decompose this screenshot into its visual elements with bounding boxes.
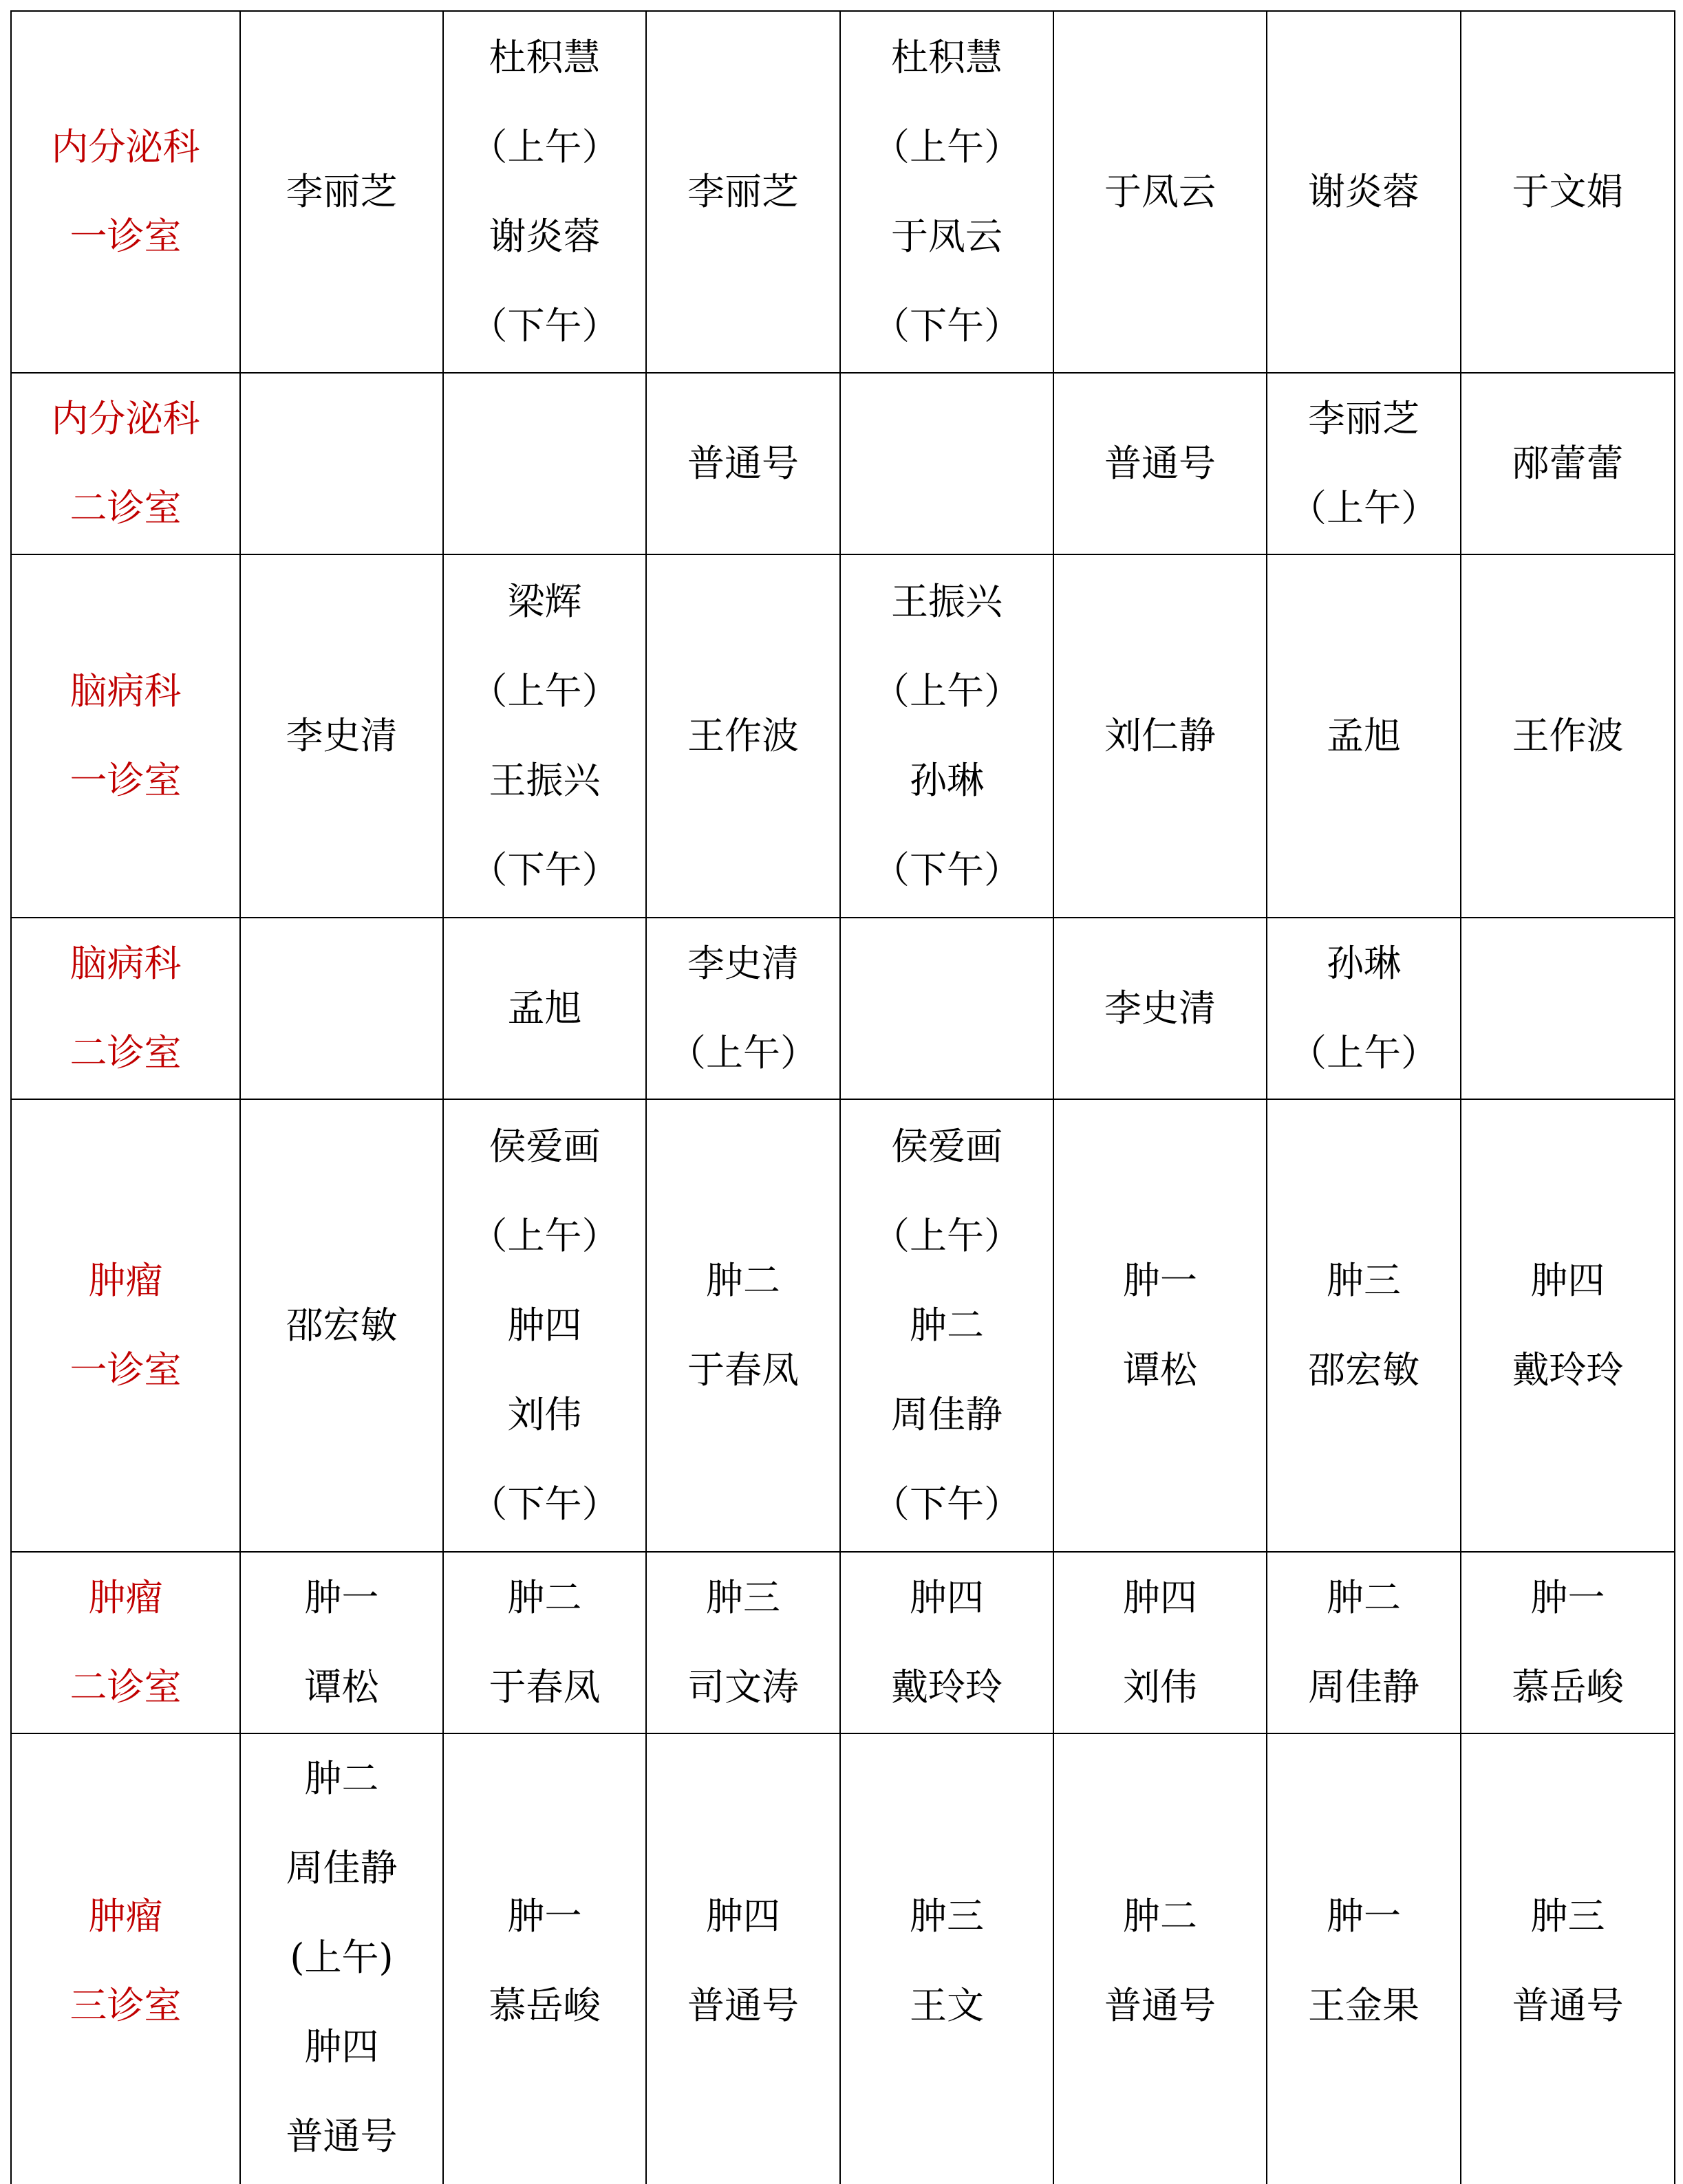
doctor-cell: 邴蕾蕾 [1461,373,1675,554]
department-cell: 肿瘤三诊室 [11,1733,240,2184]
doctor-entry-line: 普通号 [647,419,839,508]
doctor-cell: 肿四刘伟 [1053,1552,1267,1733]
doctor-cell: 肿二于春凤 [443,1552,646,1733]
doctor-entry-line: 李史清 [241,691,442,781]
doctor-entry-line: 王作波 [647,691,839,781]
doctor-cell: 肿四普通号 [646,1733,840,2184]
doctor-cell: 肿一谭松 [240,1552,443,1733]
department-label-line: 脑病科 [12,647,239,736]
doctor-cell: 肿四戴玲玲 [1461,1099,1675,1552]
doctor-entry-line: 肿一 [1054,1236,1266,1326]
doctor-cell: 肿二于春凤 [646,1099,840,1552]
doctor-entry-line: 肿一 [1461,1553,1674,1643]
doctor-cell [443,373,646,554]
doctor-entry-line: 侯爱画 [841,1102,1053,1191]
doctor-cell: 肿一慕岳峻 [1461,1552,1675,1733]
clinic-schedule-table: 内分泌科一诊室李丽芝杜积慧（上午）谢炎蓉（下午）李丽芝杜积慧（上午）于凤云（下午… [10,10,1675,2184]
doctor-entry-line: 周佳静 [841,1370,1053,1460]
doctor-entry-line: 肿二 [1267,1553,1460,1643]
doctor-cell: 李丽芝 [240,11,443,373]
department-label-line: 三诊室 [12,1961,239,2051]
doctor-entry-line: 王文 [841,1961,1053,2051]
department-cell: 脑病科一诊室 [11,554,240,918]
doctor-entry-line: 王金果 [1267,1961,1460,2051]
doctor-cell: 于文娟 [1461,11,1675,373]
doctor-entry-line: 肿四 [1054,1553,1266,1643]
department-cell: 肿瘤二诊室 [11,1552,240,1733]
schedule-row: 内分泌科二诊室普通号普通号李丽芝（上午）邴蕾蕾 [11,373,1675,554]
doctor-entry-line: 王振兴 [444,736,645,825]
doctor-entry-line: 普通号 [647,1961,839,2051]
doctor-entry-line: （下午） [444,825,645,915]
department-cell: 内分泌科二诊室 [11,373,240,554]
doctor-entry-line: （上午） [444,647,645,736]
doctor-cell: 肿一慕岳峻 [443,1733,646,2184]
doctor-entry-line: 普通号 [241,2092,442,2181]
doctor-cell: 孙琳（上午） [1267,918,1461,1099]
doctor-entry-line: 肿二 [241,1734,442,1824]
doctor-entry-line: 肿三 [647,1553,839,1643]
doctor-cell [840,918,1053,1099]
doctor-cell: 李史清（上午） [646,918,840,1099]
doctor-entry-line: （下午） [444,281,645,371]
doctor-entry-line: 邵宏敏 [241,1281,442,1370]
doctor-entry-line: 李丽芝 [241,147,442,237]
doctor-entry-line: 肿二 [444,1553,645,1643]
doctor-entry-line: 肿四 [1461,1236,1674,1326]
doctor-entry-line: 孟旭 [1267,691,1460,781]
doctor-entry-line: 邴蕾蕾 [1461,419,1674,508]
doctor-entry-line: （下午） [841,281,1053,371]
doctor-cell [240,918,443,1099]
doctor-entry-line: 孙琳 [1267,919,1460,1008]
doctor-entry-line: 司文涛 [647,1643,839,1732]
doctor-entry-line: 杜积慧 [444,13,645,102]
doctor-cell: 王作波 [646,554,840,918]
doctor-cell: 肿二周佳静(上午)肿四普通号 [240,1733,443,2184]
department-label-line: 内分泌科 [12,102,239,192]
doctor-entry-line: 戴玲玲 [1461,1326,1674,1415]
doctor-entry-line: 李丽芝 [1267,374,1460,464]
doctor-cell: 孟旭 [1267,554,1461,918]
doctor-entry-line: 王作波 [1461,691,1674,781]
department-label-line: 二诊室 [12,1008,239,1098]
doctor-cell: 肿三邵宏敏 [1267,1099,1461,1552]
doctor-entry-line: 孙琳 [841,736,1053,825]
doctor-entry-line: （上午） [1267,464,1460,553]
doctor-entry-line: 普通号 [1054,419,1266,508]
department-label-line: 脑病科 [12,919,239,1008]
doctor-entry-line: 肿四 [841,1553,1053,1643]
department-label-line: 一诊室 [12,1326,239,1415]
doctor-cell: 刘仁静 [1053,554,1267,918]
doctor-entry-line: （上午） [841,1191,1053,1281]
doctor-entry-line: 王振兴 [841,557,1053,647]
doctor-entry-line: 肿四 [444,1281,645,1370]
doctor-cell: 肿三司文涛 [646,1552,840,1733]
doctor-entry-line: (上午) [241,1913,442,2002]
doctor-cell: 谢炎蓉 [1267,11,1461,373]
doctor-entry-line: 肿一 [241,1553,442,1643]
schedule-row: 脑病科二诊室孟旭李史清（上午）李史清孙琳（上午） [11,918,1675,1099]
doctor-entry-line: 梁辉 [444,557,645,647]
doctor-cell: 于凤云 [1053,11,1267,373]
doctor-entry-line: 肿四 [241,2002,442,2092]
doctor-entry-line: 慕岳峻 [444,1961,645,2051]
doctor-cell: 梁辉（上午）王振兴（下午） [443,554,646,918]
doctor-entry-line: 刘伟 [444,1370,645,1460]
department-label-line: 内分泌科 [12,374,239,464]
doctor-entry-line: 李史清 [647,919,839,1008]
department-label-line: 肿瘤 [12,1872,239,1961]
doctor-entry-line: 刘仁静 [1054,691,1266,781]
doctor-entry-line: 普通号 [1054,1961,1266,2051]
doctor-entry-line: 于凤云 [1054,147,1266,237]
doctor-cell [840,373,1053,554]
doctor-cell: 肿三普通号 [1461,1733,1675,2184]
schedule-row: 脑病科一诊室李史清梁辉（上午）王振兴（下午）王作波王振兴（上午）孙琳（下午）刘仁… [11,554,1675,918]
schedule-row: 肿瘤二诊室肿一谭松肿二于春凤肿三司文涛肿四戴玲玲肿四刘伟肿二周佳静肿一慕岳峻 [11,1552,1675,1733]
department-cell: 肿瘤一诊室 [11,1099,240,1552]
doctor-entry-line: 侯爱画 [444,1102,645,1191]
doctor-entry-line: 肿三 [1461,1872,1674,1961]
doctor-cell: 肿一谭松 [1053,1099,1267,1552]
doctor-entry-line: 周佳静 [1267,1643,1460,1732]
department-label-line: 二诊室 [12,1643,239,1732]
department-label-line: 二诊室 [12,464,239,553]
doctor-entry-line: 于凤云 [841,192,1053,281]
doctor-entry-line: 孟旭 [444,964,645,1053]
doctor-cell [240,373,443,554]
doctor-entry-line: （上午） [444,102,645,192]
doctor-entry-line: 周佳静 [241,1824,442,1913]
doctor-cell: 肿二周佳静 [1267,1552,1461,1733]
doctor-entry-line: 肿三 [1267,1236,1460,1326]
doctor-entry-line: 于春凤 [444,1643,645,1732]
doctor-entry-line: （上午） [841,102,1053,192]
doctor-entry-line: 肿二 [841,1281,1053,1370]
doctor-entry-line: 戴玲玲 [841,1643,1053,1732]
department-cell: 脑病科二诊室 [11,918,240,1099]
doctor-cell: 李丽芝 [646,11,840,373]
doctor-cell: 杜积慧（上午）于凤云（下午） [840,11,1053,373]
doctor-cell: 杜积慧（上午）谢炎蓉（下午） [443,11,646,373]
doctor-entry-line: 于文娟 [1461,147,1674,237]
doctor-cell: 侯爱画（上午）肿二周佳静（下午） [840,1099,1053,1552]
doctor-cell: 肿二普通号 [1053,1733,1267,2184]
doctor-cell: 孟旭 [443,918,646,1099]
doctor-entry-line: 李史清 [1054,964,1266,1053]
doctor-entry-line: （上午） [841,647,1053,736]
schedule-row: 肿瘤一诊室邵宏敏侯爱画（上午）肿四刘伟（下午）肿二于春凤侯爱画（上午）肿二周佳静… [11,1099,1675,1552]
department-label-line: 肿瘤 [12,1553,239,1643]
doctor-entry-line: （下午） [841,1460,1053,1549]
doctor-entry-line: （上午） [1267,1008,1460,1098]
doctor-cell: 侯爱画（上午）肿四刘伟（下午） [443,1099,646,1552]
schedule-row: 肿瘤三诊室肿二周佳静(上午)肿四普通号肿一慕岳峻肿四普通号肿三王文肿二普通号肿一… [11,1733,1675,2184]
doctor-entry-line: 杜积慧 [841,13,1053,102]
doctor-entry-line: 谢炎蓉 [444,192,645,281]
doctor-entry-line: 谭松 [1054,1326,1266,1415]
doctor-entry-line: 刘伟 [1054,1643,1266,1732]
doctor-entry-line: 肿三 [841,1872,1053,1961]
doctor-entry-line: 邵宏敏 [1267,1326,1460,1415]
doctor-entry-line: 谭松 [241,1643,442,1732]
doctor-cell: 李丽芝（上午） [1267,373,1461,554]
doctor-entry-line: 普通号 [1461,1961,1674,2051]
schedule-row: 内分泌科一诊室李丽芝杜积慧（上午）谢炎蓉（下午）李丽芝杜积慧（上午）于凤云（下午… [11,11,1675,373]
department-label-line: 一诊室 [12,192,239,281]
doctor-cell: 肿四戴玲玲 [840,1552,1053,1733]
doctor-cell [1461,918,1675,1099]
doctor-entry-line: 慕岳峻 [1461,1643,1674,1732]
doctor-entry-line: （上午） [444,1191,645,1281]
doctor-entry-line: 肿一 [1267,1872,1460,1961]
doctor-entry-line: （下午） [841,825,1053,915]
doctor-cell: 李史清 [240,554,443,918]
department-cell: 内分泌科一诊室 [11,11,240,373]
doctor-cell: 肿三王文 [840,1733,1053,2184]
doctor-entry-line: 肿二 [647,1236,839,1326]
department-label-line: 一诊室 [12,736,239,825]
doctor-entry-line: （下午） [444,1460,645,1549]
doctor-cell: 邵宏敏 [240,1099,443,1552]
doctor-entry-line: 谢炎蓉 [1267,147,1460,237]
doctor-entry-line: 于春凤 [647,1326,839,1415]
doctor-cell: 普通号 [646,373,840,554]
doctor-entry-line: 肿二 [1054,1872,1266,1961]
doctor-cell: 肿一王金果 [1267,1733,1461,2184]
doctor-cell: 普通号 [1053,373,1267,554]
doctor-cell: 王作波 [1461,554,1675,918]
doctor-cell: 王振兴（上午）孙琳（下午） [840,554,1053,918]
doctor-cell: 李史清 [1053,918,1267,1099]
doctor-entry-line: 肿一 [444,1872,645,1961]
doctor-entry-line: 肿四 [647,1872,839,1961]
doctor-entry-line: （上午） [647,1008,839,1098]
department-label-line: 肿瘤 [12,1236,239,1326]
doctor-entry-line: 李丽芝 [647,147,839,237]
